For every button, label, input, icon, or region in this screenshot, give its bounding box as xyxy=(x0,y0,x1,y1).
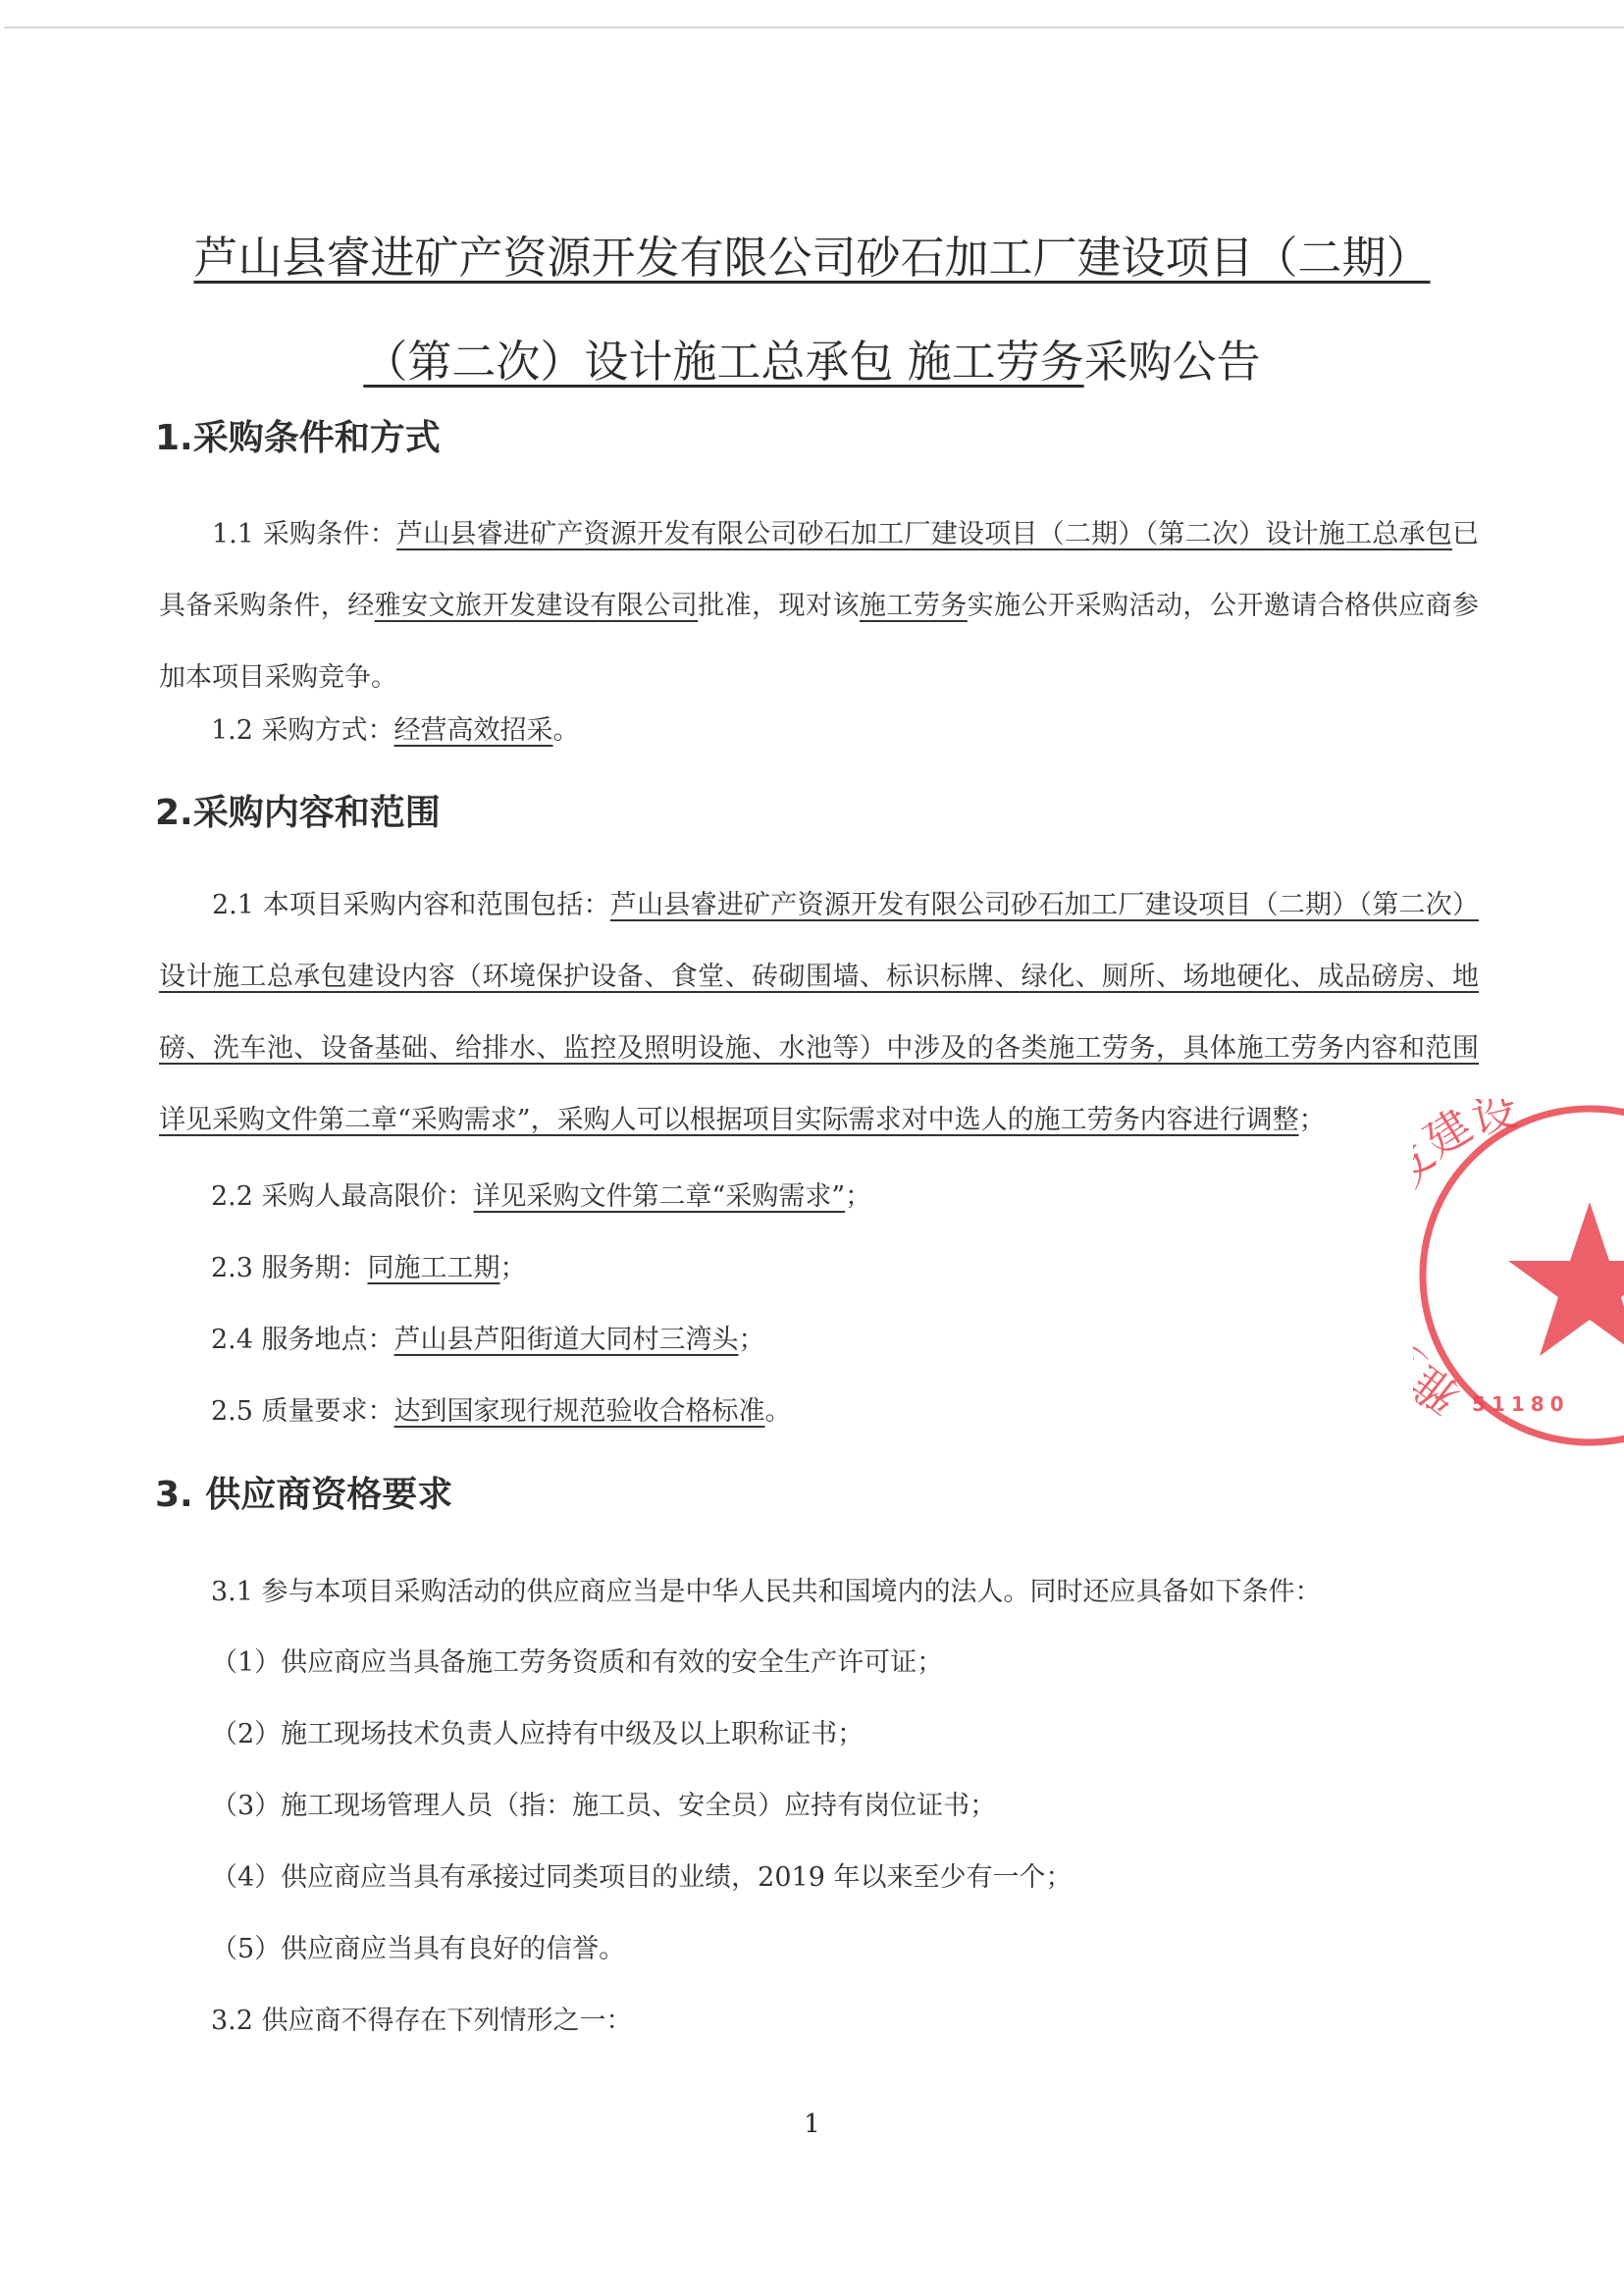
document-title-line1: 芦山县睿进矿产资源开发有限公司砂石加工厂建设项目（二期） xyxy=(0,222,1624,286)
paragraph-1-2: 1.2 采购方式：经营高效招采。 xyxy=(211,708,580,747)
scan-top-edge xyxy=(4,26,1624,28)
section-heading-3: 3. 供应商资格要求 xyxy=(155,1467,452,1517)
p1-1-service: 施工劳务 xyxy=(860,591,968,621)
paragraph-2-3: 2.3 服务期：同施工工期； xyxy=(211,1246,527,1284)
seal-text: 雅安文旅开发建设 xyxy=(1413,1099,1523,1425)
seal-code: 51180 xyxy=(1472,1392,1570,1416)
p2-1-end: ； xyxy=(1299,1105,1326,1135)
condition-4: （4）供应商应当具有承接过同类项目的业绩，2019 年以来至少有一个； xyxy=(211,1855,1072,1894)
section-heading-2: 2.采购内容和范围 xyxy=(155,785,441,835)
p2-5-value: 达到国家现行规范验收合格标准 xyxy=(394,1396,765,1427)
p2-4-label: 2.4 服务地点： xyxy=(211,1325,394,1355)
title-line1-text: 芦山县睿进矿产资源开发有限公司砂石加工厂建设项目（二期） xyxy=(193,232,1430,284)
condition-1: （1）供应商应当具备施工劳务资质和有效的安全生产许可证； xyxy=(211,1641,943,1679)
condition-5: （5）供应商应当具有良好的信誉。 xyxy=(211,1927,625,1965)
document-title-line2: （第二次）设计施工总承包 施工劳务采购公告 xyxy=(0,326,1624,390)
p1-1-project-name: 芦山县睿进矿产资源开发有限公司砂石加工厂建设项目（二期）（第二次）设计施工总承包 xyxy=(396,519,1452,549)
title-line2-rest: 采购公告 xyxy=(1084,336,1261,388)
seal-icon: 雅安文旅开发建设 51180 xyxy=(1413,1099,1624,1452)
page-number: 1 xyxy=(0,2110,1624,2139)
p2-5-label: 2.5 质量要求： xyxy=(211,1396,394,1427)
p2-5-end: 。 xyxy=(765,1396,792,1427)
p1-2-value: 经营高效招采 xyxy=(394,715,553,746)
p2-4-end: ； xyxy=(739,1325,765,1355)
p2-2-value: 详见采购文件第二章“采购需求” xyxy=(474,1181,846,1212)
p1-1-approver: 雅安文旅开发建设有限公司 xyxy=(375,591,699,621)
p2-2-end: ； xyxy=(845,1181,871,1212)
p1-1-text2: 批准，现对该 xyxy=(698,591,860,621)
title-line2-underlined: （第二次）设计施工总承包 施工劳务 xyxy=(363,336,1083,388)
paragraph-1-1: 1.1 采购条件：芦山县睿进矿产资源开发有限公司砂石加工厂建设项目（二期）（第二… xyxy=(159,498,1479,713)
paragraph-3-1: 3.1 参与本项目采购活动的供应商应当是中华人民共和国境内的法人。同时还应具备如… xyxy=(211,1570,1322,1608)
paragraph-2-2: 2.2 采购人最高限价：详见采购文件第二章“采购需求”； xyxy=(211,1174,871,1213)
paragraph-2-5: 2.5 质量要求：达到国家现行规范验收合格标准。 xyxy=(211,1389,792,1428)
p2-2-label: 2.2 采购人最高限价： xyxy=(211,1181,474,1212)
p1-2-end: 。 xyxy=(553,715,580,746)
condition-2: （2）施工现场技术负责人应持有中级及以上职称证书； xyxy=(211,1712,864,1750)
company-seal: 雅安文旅开发建设 51180 xyxy=(1413,1099,1624,1452)
p2-3-label: 2.3 服务期： xyxy=(211,1253,368,1283)
p2-1-label: 2.1 本项目采购内容和范围包括： xyxy=(212,890,610,920)
svg-text:雅安文旅开发建设: 雅安文旅开发建设 xyxy=(1413,1099,1523,1425)
paragraph-2-1: 2.1 本项目采购内容和范围包括：芦山县睿进矿产资源开发有限公司砂石加工厂建设项… xyxy=(159,869,1479,1156)
condition-3: （3）施工现场管理人员（指：施工员、安全员）应持有岗位证书； xyxy=(211,1784,996,1822)
section-heading-1: 1.采购条件和方式 xyxy=(155,410,441,460)
paragraph-3-2: 3.2 供应商不得存在下列情形之一： xyxy=(211,1999,633,2037)
paragraph-2-4: 2.4 服务地点：芦山县芦阳街道大同村三湾头； xyxy=(211,1318,765,1356)
p1-2-label: 1.2 采购方式： xyxy=(211,715,394,746)
p2-3-end: ； xyxy=(500,1253,527,1283)
p2-4-value: 芦山县芦阳街道大同村三湾头 xyxy=(394,1325,739,1355)
p2-3-value: 同施工工期 xyxy=(368,1253,500,1283)
p1-1-label: 1.1 采购条件： xyxy=(212,519,396,549)
p2-1-value: 芦山县睿进矿产资源开发有限公司砂石加工厂建设项目（二期）（第二次）设计施工总承包… xyxy=(159,890,1479,1135)
